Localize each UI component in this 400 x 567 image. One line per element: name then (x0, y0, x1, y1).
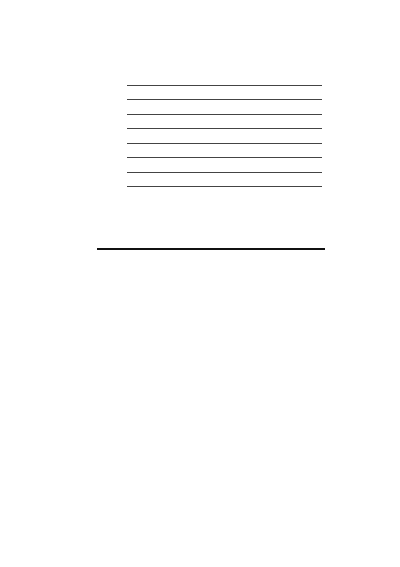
leader-line (127, 114, 322, 115)
leader-line (127, 143, 322, 144)
toc-entry (97, 123, 325, 135)
toc-entry (97, 108, 325, 120)
leader-line (127, 99, 322, 100)
toc-entry (97, 152, 325, 164)
toc-entry (97, 79, 325, 91)
toc-entry (97, 94, 325, 106)
divider-rule (97, 248, 325, 250)
toc-entry (97, 137, 325, 149)
toc-entry (97, 181, 325, 193)
toc-entry (97, 166, 325, 178)
leader-line (127, 157, 322, 158)
leader-line (127, 128, 322, 129)
leader-line (127, 186, 322, 187)
leader-line (127, 85, 322, 86)
leader-line (127, 172, 322, 173)
